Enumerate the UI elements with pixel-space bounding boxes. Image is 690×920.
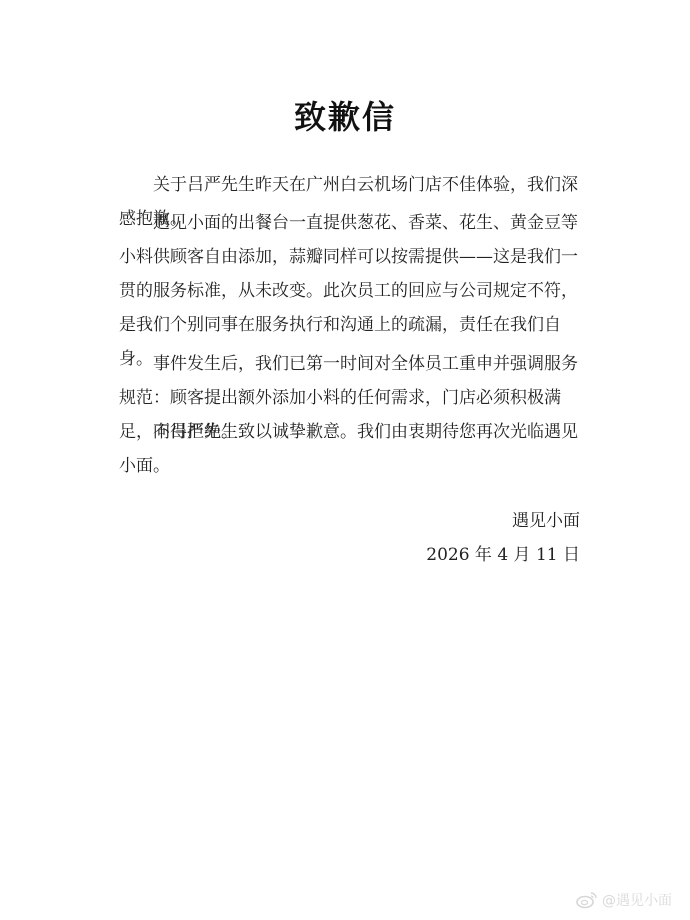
weibo-icon xyxy=(576,891,598,909)
signature: 遇见小面 xyxy=(512,506,580,531)
watermark-text: @遇见小面 xyxy=(602,890,672,910)
letter-title: 致歉信 xyxy=(0,92,690,138)
letter-date: 2026 年 4 月 11 日 xyxy=(426,540,580,565)
weibo-watermark: @遇见小面 xyxy=(576,890,672,910)
paragraph-4: 向吕严先生致以诚挚歉意。我们由衷期待您再次光临遇见小面。 xyxy=(119,415,579,483)
